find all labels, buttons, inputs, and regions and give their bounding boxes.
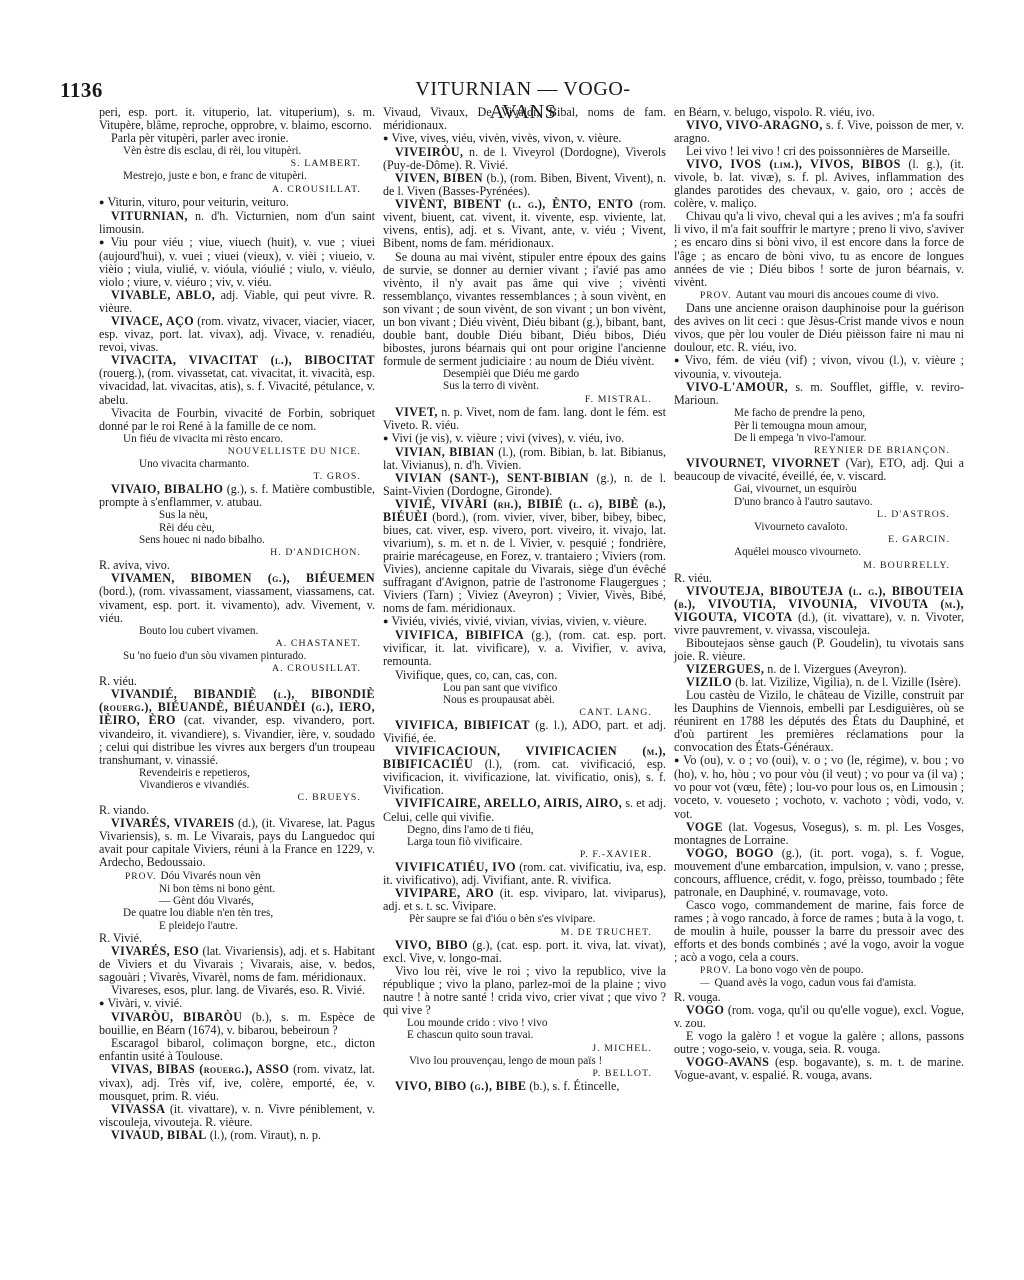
dictionary-entry: VIVANDIÉ, BIBANDIÈ (l.), BIBONDIÈ (rouer… [99,688,375,766]
headword: VIVIFICATIÉU, IVO [395,860,516,874]
verse-quote: Me facho de prendre la peno, [674,407,964,419]
proverb-text: Vivo lou prouvençau, lengo de moun païs … [409,1055,602,1067]
verse-quote: Un fiéu de vivacita mi rèsto encaro. [99,433,375,445]
headword: VIVO, VIVO-ARAGNO, [686,118,823,132]
variant-entry: Vivi (je vis), v. vièure ; vivi (vives),… [383,432,666,446]
quote-author: J. Michel. [383,1042,666,1055]
entry-definition: (bord.), (rom. vivier, viver, biber, bib… [383,510,666,615]
example-text: Escaragol bibarol, colimaçon borgne, etc… [99,1037,375,1063]
dictionary-entry: VIVEN, BIBEN (b.), (rom. Biben, Bivent, … [383,172,666,198]
verse-quote: Nous es proupausat abèi. [383,694,666,706]
dictionary-entry: VIVIFICA, BIBIFICAT (g. l.), ADO, part. … [383,719,666,745]
headword: VIVASSA [111,1102,165,1116]
entry-definition: n. de l. Vizergues (Aveyron). [764,662,906,676]
headword: VIVO, BIBO (g.), BIBE [395,1079,526,1093]
proverb: Prov.La bono vogo vèn de poupo. [674,964,964,977]
verse-quote: Lou pan sant que vivifico [383,682,666,694]
headword: VIVARÒU, BIBARÒU [111,1010,242,1024]
dictionary-entry: VIVIPARE, ARO (it. esp. viviparo, lat. v… [383,887,666,913]
dictionary-entry: VIVO, BIBO (g.), BIBE (b.), s. f. Étince… [383,1080,666,1093]
example-text: Vivacita de Fourbin, vivacité de Forbin,… [99,407,375,433]
entry-definition: (bord.), (rom. vivassament, viassament, … [99,584,375,624]
headword: VIVIAN, BIBIAN [395,445,495,459]
verse-quote: Larga toun fiò vivificaire. [383,836,666,848]
headword: VIVARÉS, VIVAREIS [111,816,235,830]
headword: VIVAUD, BIBAL [111,1128,207,1142]
headword: VIVIFICA, BIBIFICA [395,628,524,642]
proverb-label: Prov. [700,291,732,301]
quote-author: L. d'Astros. [674,508,964,521]
headword: VIVO, BIBO [395,938,468,952]
example-text: Parla pèr vitupèri, parler avec ironie. [99,132,375,145]
proverb-text: Dóu Vivarés noun vèn [161,870,261,882]
column-middle: Vivaud, Vivaux, De Vivaldi, Bibal, noms … [383,106,666,1093]
dictionary-entry: VIVASSA (it. vivattare), v. n. Vivre pén… [99,1103,375,1129]
example-text: Lou castèu de Vizilo, le château de Vizi… [674,689,964,754]
quote-author: M. Bourrelly. [674,559,964,572]
variant-entry: Viu pour viéu ; viue, viuech (huit), v. … [99,236,375,289]
dictionary-entry: VIVAIO, BIBALHO (g.), s. f. Matière comb… [99,483,375,509]
headword: VOGE [686,820,723,834]
verse-quote: — Gènt dóu Vivarés, [99,895,375,907]
headword: VIVÈNT, BIBENT (l. g.), ÈNTO, ENTO [395,197,633,211]
dictionary-entry: VIVARÉS, ESO (lat. Vivariensis), adj. et… [99,945,375,984]
proverb: —Quand avès la vogo, cadun vous fai d'am… [674,977,964,990]
verse-quote: Gai, vivournet, un esquiròu [674,483,964,495]
verse-quote: Bouto lou cubert vivamen. [99,625,375,637]
dictionary-entry: VIVO, VIVO-ARAGNO, s. f. Vive, poisson d… [674,119,964,145]
dictionary-entry: VITURNIAN, n. d'h. Victurnien, nom d'un … [99,210,375,236]
headword: VIVET, [395,405,438,419]
headword: VIVACITA, VIVACITAT (l.), BIBOCITAT [111,353,375,367]
verse-quote: Vivourneto cavaloto. [674,521,964,533]
headword: VIVOURNET, VIVORNET [686,456,840,470]
dictionary-entry: VIVO-L'AMOUR, s. m. Soufflet, giffle, v.… [674,381,964,407]
headword: VOGO, BOGO [686,846,774,860]
example-text: Casco vogo, commandement de marine, fais… [674,899,964,964]
dictionary-entry: VIVOURNET, VIVORNET (Var), ETO, adj. Qui… [674,457,964,483]
dictionary-entry: VIVIFICATIÉU, IVO (rom. cat. vivificatiu… [383,861,666,887]
headword: VIVIPARE, ARO [395,886,494,900]
headword: VIVIAN (SANT-), SENT-BIBIAN [395,471,589,485]
verse-quote: Su 'no fueio d'un sòu vivamen pinturado. [99,650,375,662]
quote-author: A. Crousillat. [99,662,375,675]
example-text: Vivifique, ques, co, can, cas, con. [383,669,666,682]
verse-quote: Sus la terro di vivènt. [383,380,666,392]
headword: VIVARÉS, ESO [111,944,199,958]
proverb-text: Quand avès la vogo, cadun vous fai d'ami… [715,977,917,989]
variant-entry: Vivàri, v. vivié. [99,997,375,1011]
entry-continuation: Vivaud, Vivaux, De Vivaldi, Bibal, noms … [383,106,666,132]
headword: VITURNIAN, [111,209,188,223]
dictionary-entry: VIVACE, AÇO (rom. vivatz, vivacer, viaci… [99,315,375,354]
dictionary-entry: VOGO (rom. voga, qu'il ou qu'elle vogue)… [674,1004,964,1030]
dictionary-entry: VIVIAN, BIBIAN (l.), (rom. Bibian, b. la… [383,446,666,472]
verse-quote: Degno, dins l'amo de ti fiéu, [383,824,666,836]
dictionary-entry: VIVIFICA, BIBIFICA (g.), (rom. cat. esp.… [383,629,666,668]
proverb-text: Autant vau mouri dis ancoues coume di vi… [736,289,939,301]
dictionary-entry: VIVAMEN, BIBOMEN (g.), BIÉUEMEN (bord.),… [99,572,375,624]
dictionary-entry: VOGO-AVANS (esp. bogavante), s. m. t. de… [674,1056,964,1082]
headword: VIVO, IVOS (lim.), VIVOS, BIBOS [686,157,901,171]
headword: VIVAMEN, BIBOMEN (g.), BIÉUEMEN [111,571,375,585]
proverb: Prov.Autant vau mouri dis ancoues coume … [674,289,964,302]
dictionary-entry: VIVEIRÒU, n. de l. Viveyrol (Dordogne), … [383,146,666,172]
variant-entry: Vivo, fém. de viéu (vif) ; vivon, vivou … [674,354,964,381]
headword: VIVAIO, BIBALHO [111,482,223,496]
proverb-label: Prov. [700,966,732,976]
quote-author: A. Crousillat. [99,183,375,196]
dictionary-entry: VIVARÒU, BIBARÒU (b.), s. m. Espèce de b… [99,1011,375,1037]
variant-entry: Viturin, vituro, pour veiturin, veituro. [99,196,375,210]
dictionary-entry: VIVIAN (SANT-), SENT-BIBIAN (g.), n. de … [383,472,666,498]
quote-author: Nouvelliste du Nice. [99,445,375,458]
headword: VIZERGUES, [686,662,764,676]
dictionary-entry: VIVAUD, BIBAL (l.), (rom. Viraut), n. p. [99,1129,375,1142]
quote-author: E. Garcin. [674,533,964,546]
headword: VIVACE, AÇO [111,314,194,328]
entry-definition: (l.), (rom. Viraut), n. p. [207,1128,321,1142]
verse-quote: Vèn èstre dis esclau, di rèi, lou vitupè… [99,145,375,157]
headword: VOGO [686,1003,724,1017]
verse-quote: Ni bon tèms ni bono gènt. [99,883,375,895]
proverb: Prov.Dóu Vivarés noun vèn [99,870,375,883]
verse-quote: Mestrejo, juste e bon, e franc de vitupè… [99,170,375,182]
headword: VIVO-L'AMOUR, [686,380,788,394]
proverb-text: Pèr saupre se fai d'ióu o bèn s'es vivip… [409,913,595,925]
headword: VIVEIRÒU, [395,145,463,159]
dictionary-entry: VIVABLE, ABLO, adj. Viable, qui peut viv… [99,289,375,315]
column-left: peri, esp. port. it. vituperio, lat. vit… [99,106,375,1142]
headword: VIZILO [686,675,732,689]
example-text: Chivau qu'a li vivo, cheval qui a les av… [674,210,964,288]
verse-quote: Vivandieros e vivandiés. [99,779,375,791]
dictionary-entry: VOGO, BOGO (g.), (it. port. voga), s. f.… [674,847,964,899]
dictionary-entry: VIVACITA, VIVACITAT (l.), BIBOCITAT (rou… [99,354,375,406]
verse-quote: E chascun quito soun travai. [383,1029,666,1041]
dictionary-entry: VIVÈNT, BIBENT (l. g.), ÈNTO, ENTO (rom.… [383,198,666,250]
entry-definition: (b.), s. f. Étincelle, [526,1079,619,1093]
headword: VIVIFICAIRE, ARELLO, AIRIS, AIRO, [395,796,622,810]
dictionary-entry: VIVIÉ, VIVÀRI (rh.), BIBIÉ (l. g), BIBÈ … [383,498,666,615]
example-text: Dans une ancienne oraison dauphinoise po… [674,302,964,354]
verse-quote: Uno vivacita charmanto. [99,458,375,470]
dictionary-entry: VIVET, n. p. Vivet, nom de fam. lang. do… [383,406,666,432]
dictionary-entry: VIVO, BIBO (g.), (cat. esp. port. it. vi… [383,939,666,965]
dictionary-entry: VIVIFICAIRE, ARELLO, AIRIS, AIRO, s. et … [383,797,666,823]
example-text: E vogo la galèro ! et vogue la galère ; … [674,1030,964,1056]
example-text: Se douna au mai vivènt, stipuler entre é… [383,251,666,368]
dictionary-entry: VIVIFICACIOUN, VIVIFICACIEN (m.), BIBIFI… [383,745,666,797]
headword: VIVIFICA, BIBIFICAT [395,718,530,732]
headword: VIVABLE, ABLO, [111,288,215,302]
proverb: Vivo lou prouvençau, lengo de moun païs … [383,1055,666,1067]
verse-quote: Pèr li temougna moun amour, [674,420,964,432]
variant-entry: Viviéu, viviés, vivié, vivian, vivias, v… [383,615,666,629]
verse-quote: Sens houec ni nado bibalho. [99,534,375,546]
proverb: Pèr saupre se fai d'ióu o bèn s'es vivip… [383,913,666,925]
headword: VIVEN, BIBEN [395,171,483,185]
proverb-label: — [700,979,711,989]
verse-quote: Revendeiris e repetieros, [99,767,375,779]
example-text: Vivo lou rèi, vive le roi ; vivo la repu… [383,965,666,1017]
verse-quote: D'uno branco à l'autro sautavo. [674,496,964,508]
verse-quote: Aquélei mousco vivourneto. [674,546,964,558]
proverb-text: La bono vogo vèn de poupo. [736,964,864,976]
proverb-label: Prov. [125,872,157,882]
example-text: Biboutejaos sènse gauch (P. Goudelin), t… [674,637,964,663]
dictionary-entry: VIVO, IVOS (lim.), VIVOS, BIBOS (l. g.),… [674,158,964,210]
variant-entry: Vo (ou), v. o ; vo (oui), v. o ; vo (le,… [674,754,964,820]
verse-quote: De quatre lou diable n'en tèn tres, [99,907,375,919]
verse-quote: Rèi déu cèu, [99,522,375,534]
headword: VOGO-AVANS [686,1055,769,1069]
dictionary-entry: VIVAS, BIBAS (rouerg.), ASSO (rom. vivat… [99,1063,375,1102]
verse-quote: Lou mounde crido : vivo ! vivo [383,1017,666,1029]
quote-author: A. Chastanet. [99,637,375,650]
verse-quote: Desempièi que Diéu me gardo [383,368,666,380]
dictionary-entry: VIVARÉS, VIVAREIS (d.), (it. Vivarese, l… [99,817,375,869]
variant-entry: Vive, vives, viéu, vivèn, vivès, vivon, … [383,132,666,146]
page-number: 1136 [60,78,103,103]
dictionary-entry: VOGE (lat. Vogesus, Vosegus), s. m. pl. … [674,821,964,847]
quote-author: S. Lambert. [99,157,375,170]
verse-quote: De li empega 'n vivo-l'amour. [674,432,964,444]
entry-definition: (rouerg.), (rom. vivassetat, cat. vivaci… [99,366,375,406]
verse-quote: Sus la nèu, [99,509,375,521]
column-right: en Béarn, v. belugo, vispolo. R. viéu, i… [674,106,964,1082]
headword: VIVAS, BIBAS (rouerg.), ASSO [111,1062,289,1076]
entry-definition: (b. lat. Vizilize, Vigilia), n. de l. Vi… [732,675,961,689]
entry-continuation: peri, esp. port. it. vituperio, lat. vit… [99,106,375,132]
dictionary-entry: VIVOUTEJA, BIBOUTEJA (l. g.), BIBOUTEIA … [674,585,964,637]
